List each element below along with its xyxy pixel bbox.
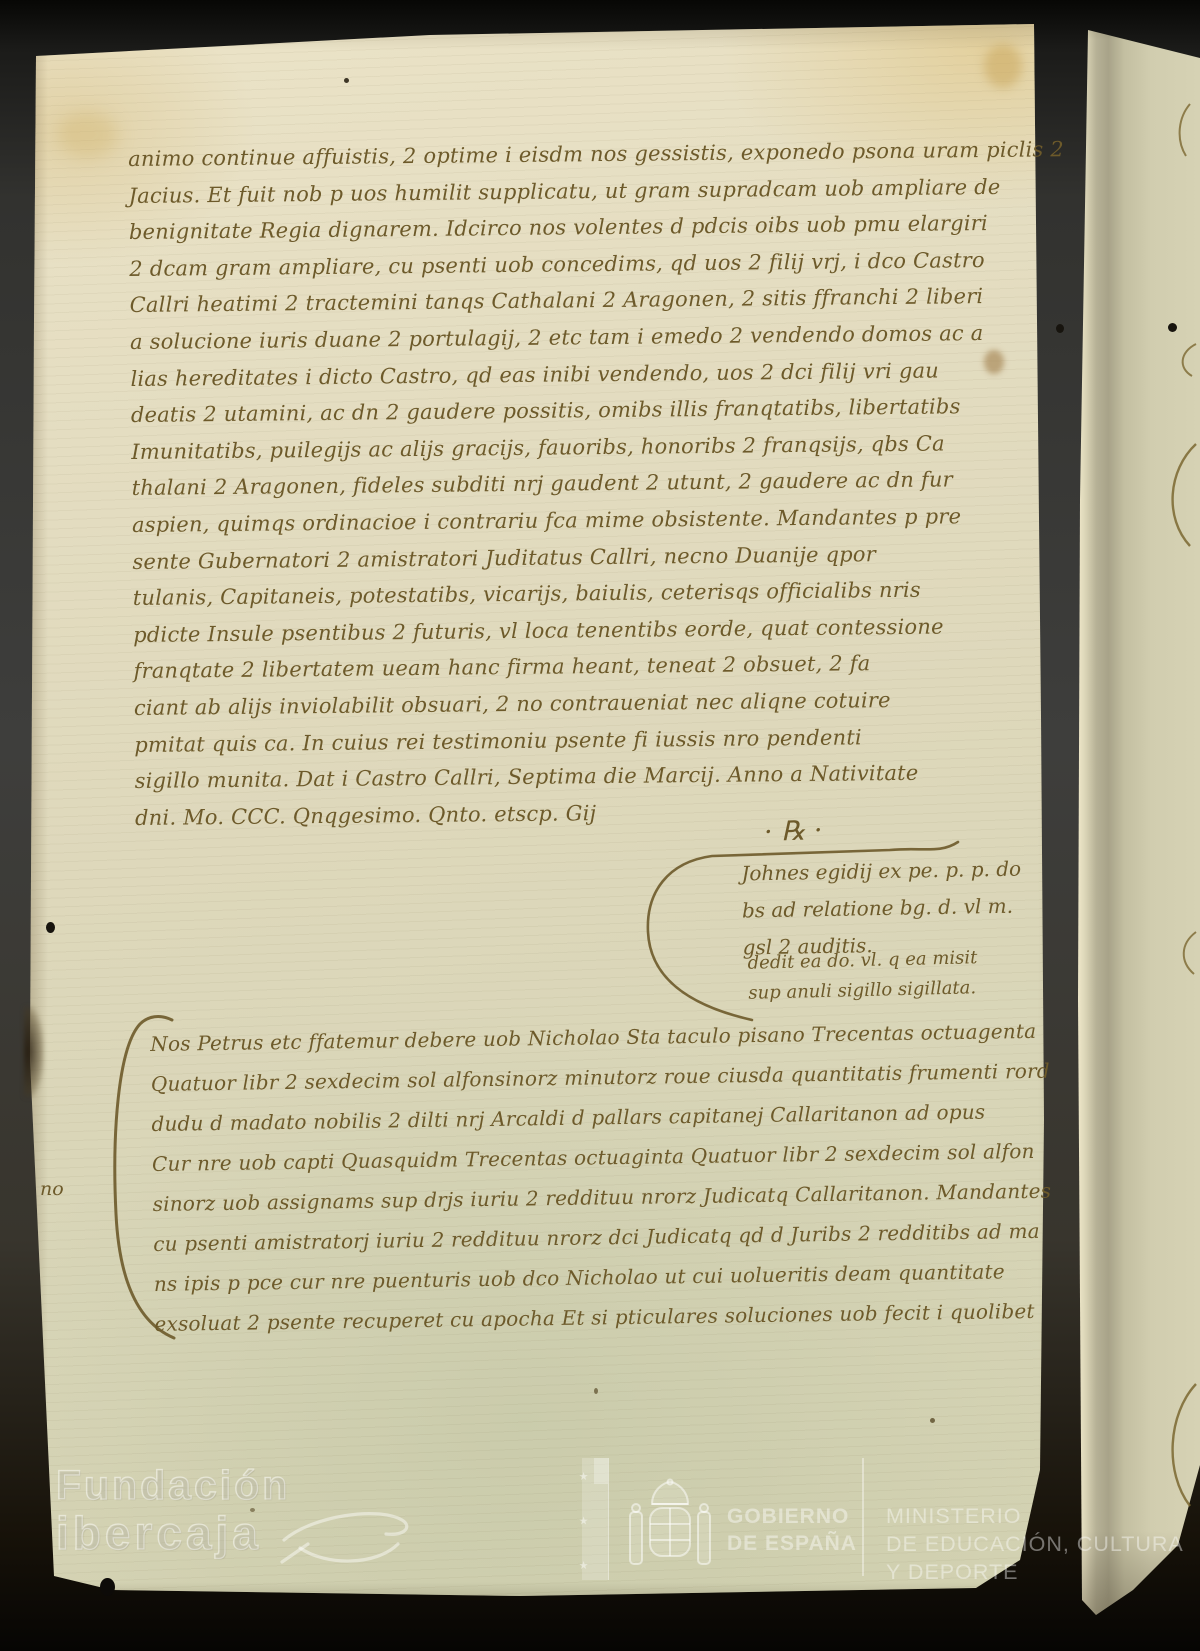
gobierno-line: GOBIERNO (727, 1503, 857, 1530)
gobierno-watermark: GOBIERNO DE ESPAÑA (727, 1503, 857, 1557)
foxing-spot (984, 350, 1004, 374)
ministerio-line: MINISTERIO (886, 1502, 1184, 1530)
charter-text-block: animo continue affuistis, 2 optime i eis… (128, 132, 1041, 837)
seal-note: dedit ea do. vl. q ea misit sup anuli si… (747, 943, 978, 1009)
gobierno-line: DE ESPAÑA (727, 1530, 857, 1557)
seal-note-line: sup anuli sigillo sigillata. (748, 973, 978, 1009)
ibercaja-logo-icon (278, 1498, 418, 1578)
debt-entry-block: Nos Petrus etc ffatemur debere uob Nicho… (150, 1011, 1055, 1344)
watermark-divider (862, 1458, 864, 1576)
edge-stain (24, 1006, 44, 1098)
flag-stars: ★ ★ ★ (568, 1470, 582, 1586)
edge-writing-fragment (1172, 930, 1200, 976)
wormhole (1168, 323, 1177, 332)
edge-writing-fragment (1168, 340, 1200, 380)
edge-notch (100, 1578, 115, 1596)
foxing-spot (984, 44, 1022, 88)
spain-flag-banner-icon: ★ ★ ★ (568, 1458, 610, 1580)
ministerio-line: Y DEPORTE (886, 1558, 1184, 1586)
foxing-spot (930, 1418, 935, 1423)
wormhole (1056, 324, 1064, 333)
chancery-note-line: Johnes egidij ex pe. p. p. do (741, 851, 1021, 893)
ink-speck (344, 78, 349, 83)
spain-coat-of-arms-icon (622, 1478, 718, 1576)
foxing-spot (594, 1388, 598, 1394)
edge-writing-fragment (1156, 440, 1200, 550)
flag-stars-glyphs: ★ ★ ★ (568, 1470, 598, 1586)
edge-writing-fragment (1158, 1380, 1200, 1510)
chancery-note-line: bs ad relatione bg. d. vl m. (742, 888, 1022, 930)
fundacion-watermark: Fundación (56, 1462, 290, 1509)
margin-annotation: no (40, 1178, 64, 1200)
ministerio-line: DE EDUCACIÓN, CULTURA (886, 1530, 1184, 1558)
ibercaja-watermark: ibercaja (56, 1506, 262, 1560)
wormhole (46, 922, 55, 933)
foxing-spot (58, 112, 118, 158)
archival-photo-canvas: animo continue affuistis, 2 optime i eis… (0, 0, 1200, 1651)
ministerio-watermark: MINISTERIO DE EDUCACIÓN, CULTURA Y DEPOR… (886, 1502, 1184, 1586)
edge-writing-fragment (1160, 100, 1200, 160)
